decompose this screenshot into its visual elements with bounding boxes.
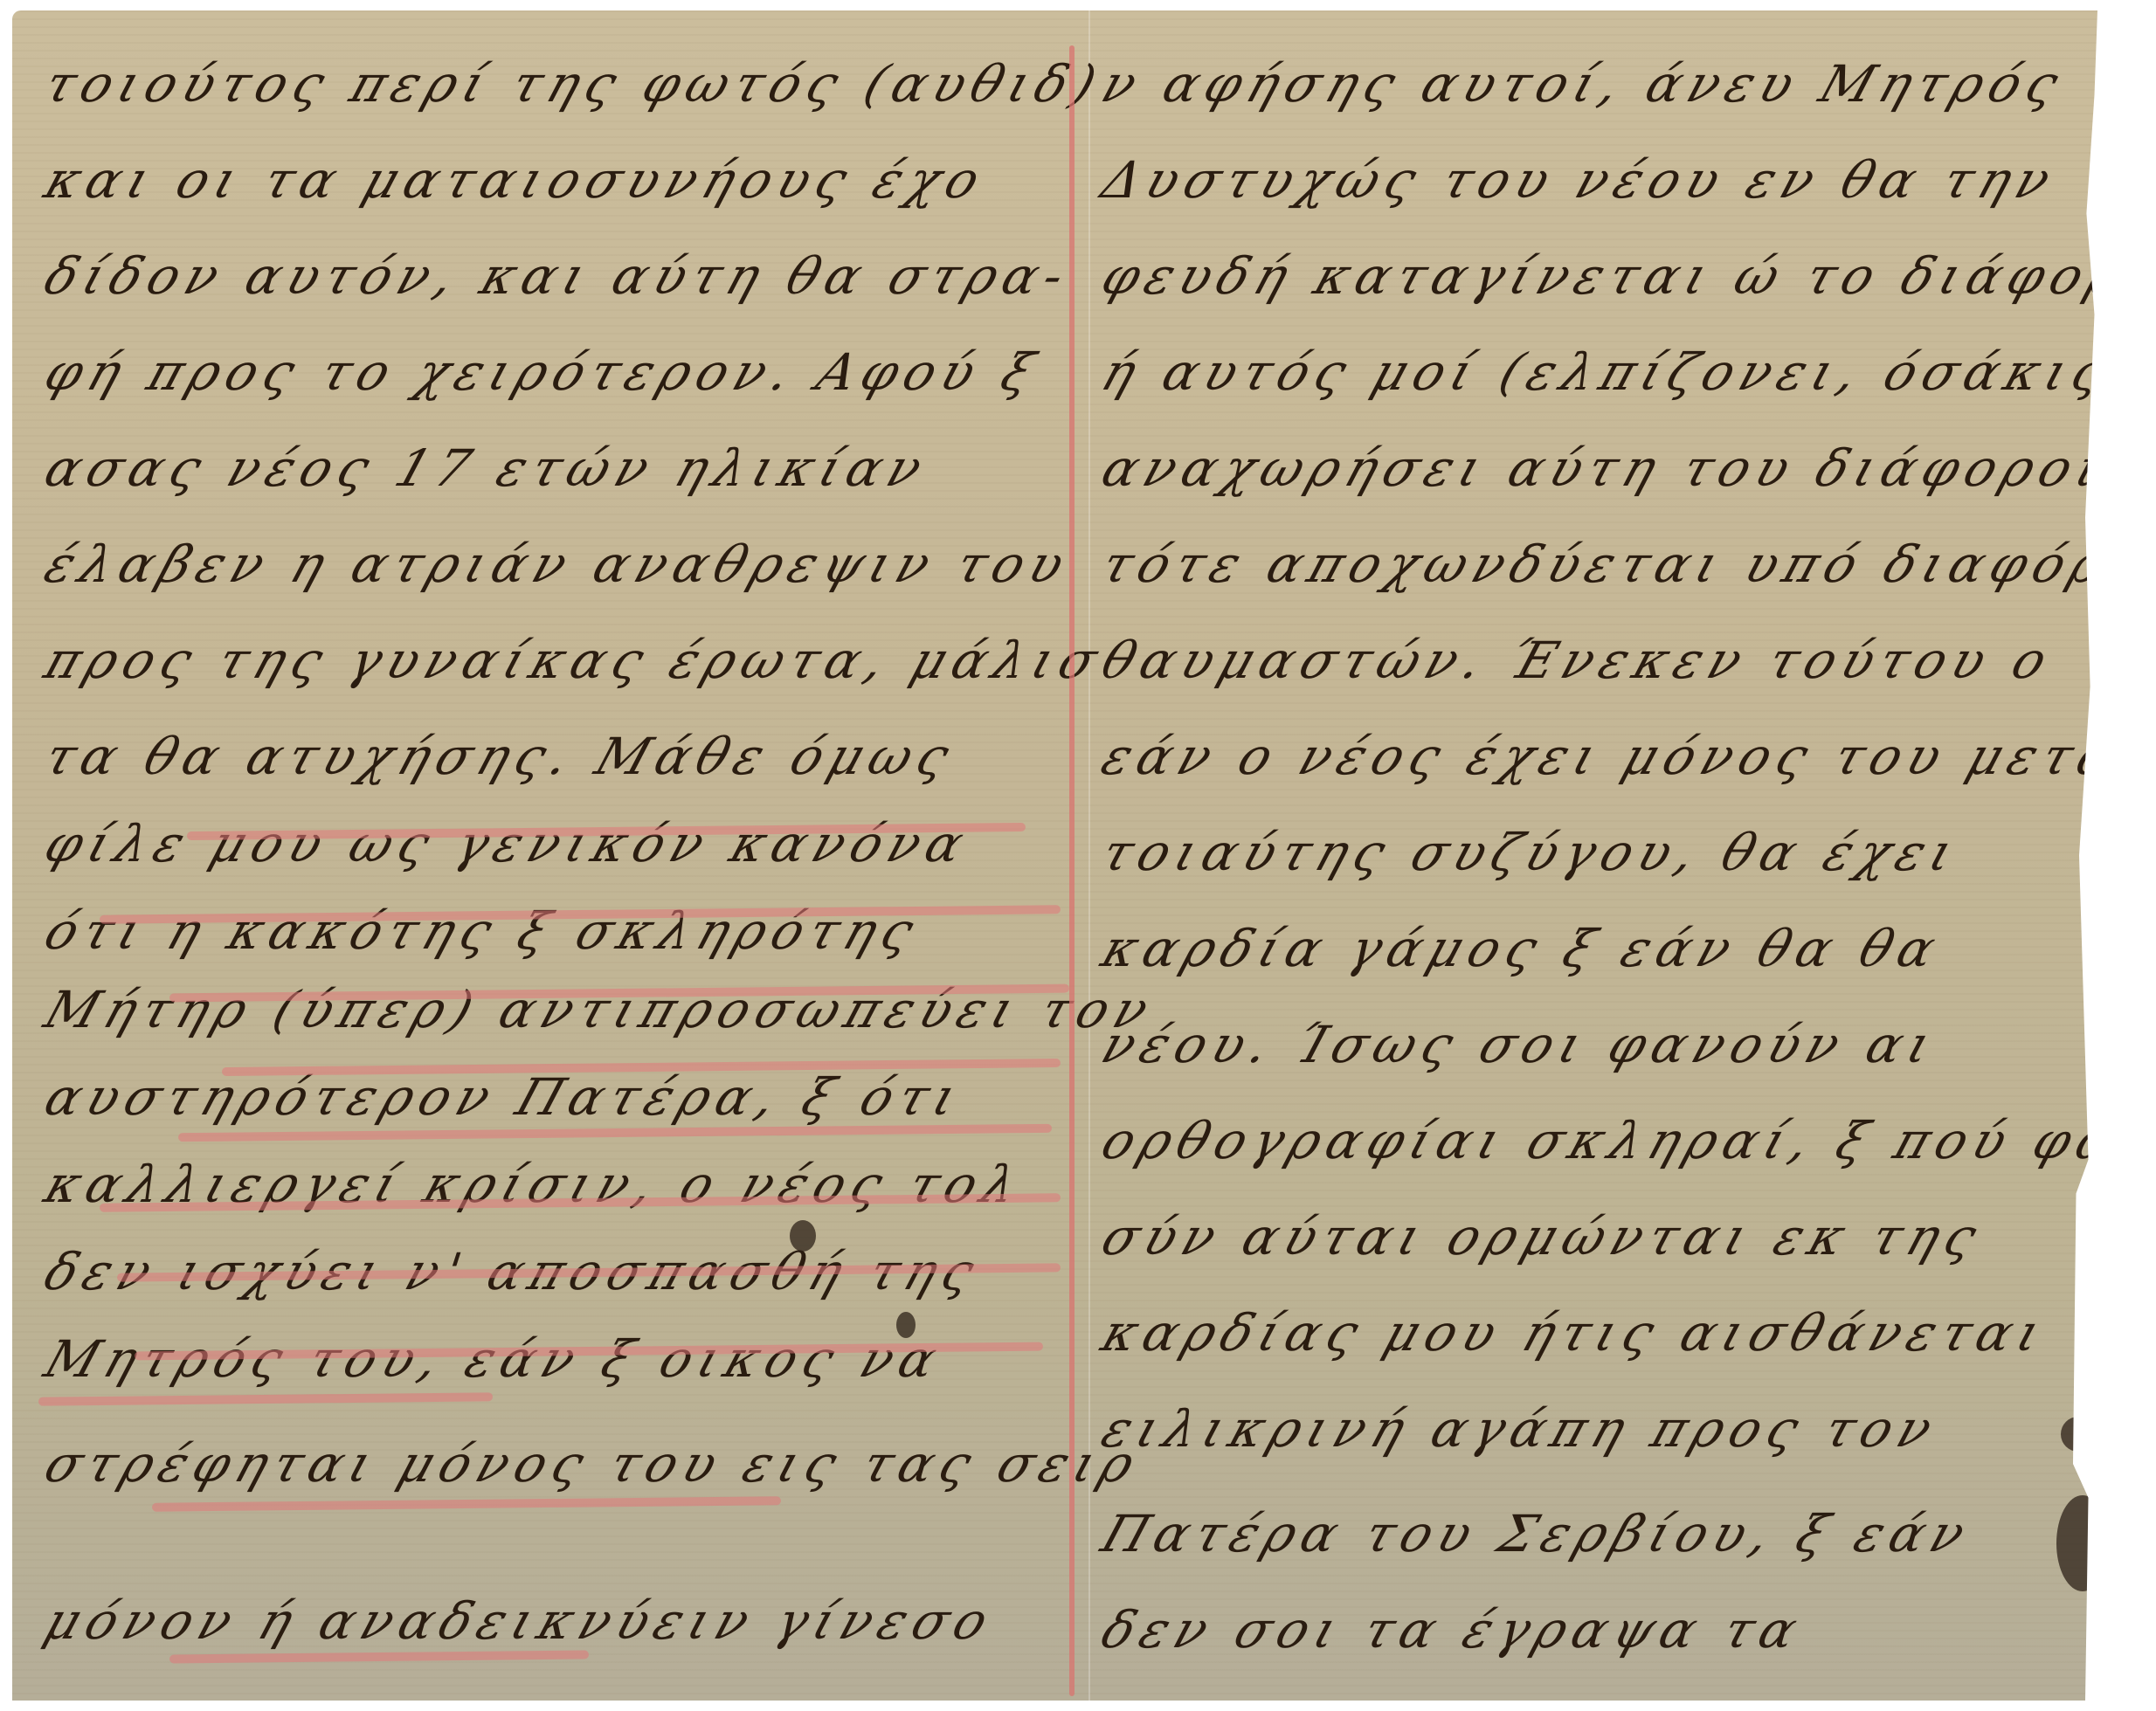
text-line: σύν αύται ορμώνται εκ της bbox=[1095, 1207, 1991, 1266]
text-line: εάν ο νέος έχει μόνος του μετα bbox=[1095, 727, 2122, 786]
letter-paper: τοιούτος περί της φωτός (αυθιδ) και οι τ… bbox=[12, 10, 2122, 1701]
text-line: ή αυτός μοί (ελπίζονει, όσάκις bbox=[1095, 342, 2118, 402]
text-line: μόνον ή αναδεικνύειν γίνεσο bbox=[38, 1591, 1003, 1651]
text-line: Δυστυχώς του νέου εν θα την bbox=[1095, 150, 2065, 210]
text-line: τοιούτος περί της φωτός (αυθιδ) bbox=[38, 54, 1110, 114]
text-line: τα θα ατυχήσης. Μάθε όμως bbox=[38, 727, 964, 786]
red-pencil-vertical-line bbox=[1069, 45, 1075, 1696]
text-line: θαυμαστών. Ένεκεν τούτου ο bbox=[1095, 631, 2062, 690]
text-line: φίλε μου ως γενικόν κανόνα bbox=[38, 814, 978, 873]
text-line: καρδία γάμος ξ εάν θα θα bbox=[1095, 919, 1950, 978]
text-line: ορθογραφίαι σκληραί, ξ πού φα bbox=[1095, 1111, 2122, 1170]
text-line: Πατέρα του Σερβίου, ξ εάν bbox=[1095, 1504, 1980, 1563]
text-line: τοιαύτης συζύγου, θα έχει bbox=[1095, 823, 1968, 882]
text-line: έλαβεν η ατριάν αναθρεψιν του bbox=[38, 535, 1079, 594]
text-line: προς της γυναίκας έρωτα, μάλισ bbox=[38, 631, 1112, 690]
text-line: φή προς το χειρότερον. Αφού ξ bbox=[38, 342, 1048, 402]
text-line: δεν σοι τα έγραψα τα bbox=[1095, 1600, 1812, 1659]
text-line: στρέφηται μόνος του εις τας σειρ bbox=[38, 1434, 1149, 1494]
text-line: ασας νέος 17 ετών ηλικίαν bbox=[38, 438, 936, 498]
red-pencil-strike-line bbox=[152, 1496, 781, 1512]
text-line: ειλικρινή αγάπη προς τον bbox=[1095, 1399, 1946, 1459]
text-line: τότε αποχωνδύεται υπό διαφόρων bbox=[1095, 535, 2122, 594]
text-line: φευδή καταγίνεται ώ το διάφορ bbox=[1095, 246, 2122, 306]
text-line: ν αφήσης αυτοί, άνευ Μητρός bbox=[1095, 54, 2073, 114]
ink-blot bbox=[896, 1312, 916, 1338]
text-line: νέου. Ίσως σοι φανούν αι bbox=[1095, 1015, 1945, 1074]
red-pencil-strike-line bbox=[169, 1650, 589, 1663]
text-line: αυστηρότερον Πατέρα, ξ ότι bbox=[38, 1067, 971, 1127]
text-line: και οι τα ματαιοσυνήους έχο bbox=[38, 150, 994, 210]
text-line: αναχωρήσει αύτη του διάφοροι, τα bbox=[1095, 438, 2122, 498]
red-pencil-strike-line bbox=[38, 1392, 493, 1405]
text-line: δίδον αυτόν, και αύτη θα στρα- bbox=[38, 246, 1079, 306]
ink-blot bbox=[790, 1220, 816, 1252]
text-line: καρδίας μου ήτις αισθάνεται bbox=[1095, 1303, 2056, 1363]
